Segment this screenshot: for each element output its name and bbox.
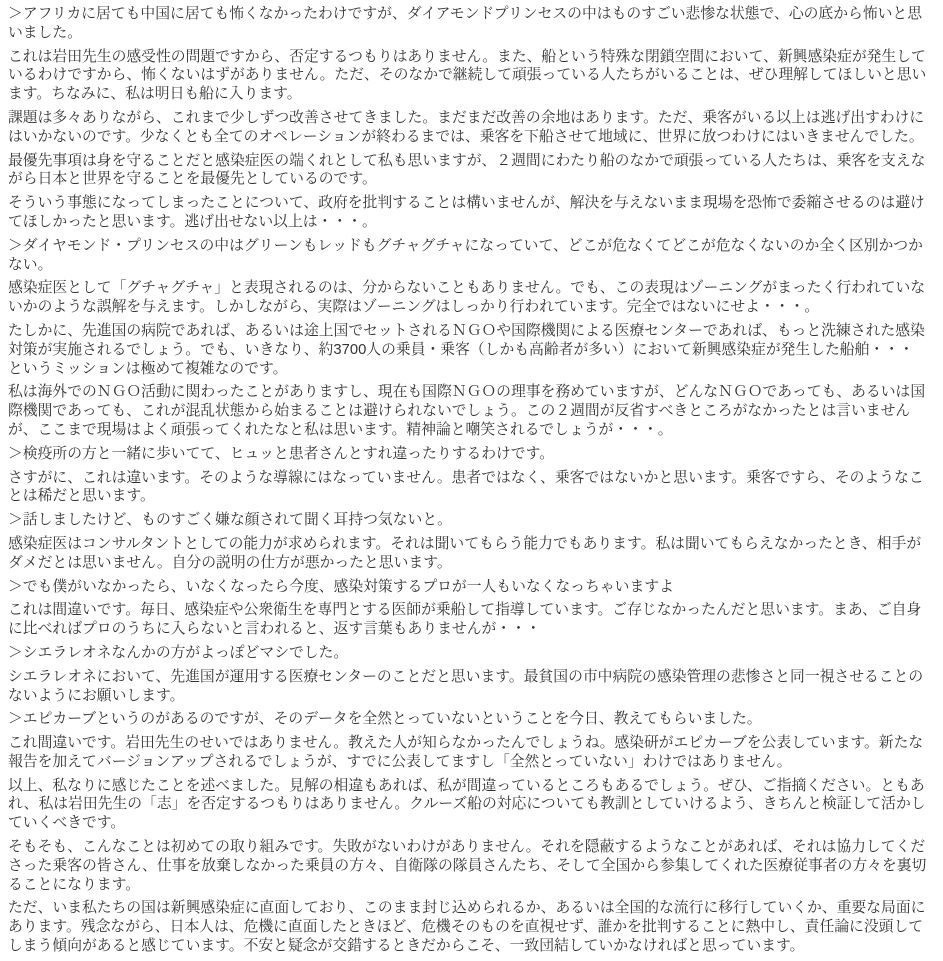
reply-paragraph: 私は海外でのＮＧＯ活動に関わったことがありますし、現在も国際ＮＧＯの理事を務めて… <box>8 383 935 439</box>
reply-paragraph: さすがに、これは違います。そのような導線にはなっていません。患者ではなく、乗客で… <box>8 469 935 507</box>
reply-paragraph: そういう事態になってしまったことについて、政府を批判することは構いませんが、解決… <box>8 194 935 232</box>
quote-paragraph: ＞でも僕がいなかったら、いなくなったら今度、感染対策するプロが一人もいなくなっち… <box>8 578 935 597</box>
reply-paragraph: 課題は多々ありながら、これまで少しずつ改善させてきました。まだまだ改善の余地はあ… <box>8 109 935 147</box>
quote-paragraph: ＞検疫所の方と一緒に歩いてて、ヒュッと患者さんとすれ違ったりするわけです。 <box>8 445 935 464</box>
reply-paragraph: これは間違いです。毎日、感染症や公衆衛生を専門とする医師が乗船して指導しています… <box>8 601 935 639</box>
quote-paragraph: ＞シエラレオネなんかの方がよっぽどマシでした。 <box>8 644 935 663</box>
reply-paragraph: たしかに、先進国の病院であれば、あるいは途上国でセットされるＮＧＯや国際機関によ… <box>8 322 935 378</box>
quote-paragraph: ＞エピカーブというのがあるのですが、そのデータを全然とっていないということを今日… <box>8 710 935 729</box>
reply-paragraph: そもそも、こんなことは初めての取り組みです。失敗がないわけがありません。それを隠… <box>8 838 935 894</box>
reply-paragraph: これは岩田先生の感受性の問題ですから、否定するつもりはありません。また、船という… <box>8 48 935 104</box>
reply-paragraph: 感染症医として「グチャグチャ」と表現されるのは、分からないこともありません。でも… <box>8 279 935 317</box>
quote-paragraph: ＞ダイヤモンド・プリンセスの中はグリーンもレッドもグチャグチャになっていて、どこ… <box>8 237 935 275</box>
quote-paragraph: ＞アフリカに居ても中国に居ても怖くなかったわけですが、ダイアモンドプリンセスの中… <box>8 5 935 43</box>
reply-paragraph: これ間違いです。岩田先生のせいではありません。教えた人が知らなかったんでしょうね… <box>8 734 935 772</box>
reply-paragraph: 以上、私なりに感じたことを述べました。見解の相違もあれば、私が間違っているところ… <box>8 777 935 833</box>
reply-paragraph: 感染症医はコンサルタントとしての能力が求められます。それは聞いてもらう能力でもあ… <box>8 535 935 573</box>
reply-paragraph: 最優先事項は身を守ることだと感染症医の端くれとして私も思いますが、２週間にわたり… <box>8 152 935 190</box>
quote-paragraph: ＞話しましたけど、ものすごく嫌な顔されて聞く耳持つ気ないと。 <box>8 511 935 530</box>
article-body: ＞アフリカに居ても中国に居ても怖くなかったわけですが、ダイアモンドプリンセスの中… <box>8 5 935 956</box>
reply-paragraph: シエラレオネにおいて、先進国が運用する医療センターのことだと思います。最貧国の市… <box>8 668 935 706</box>
